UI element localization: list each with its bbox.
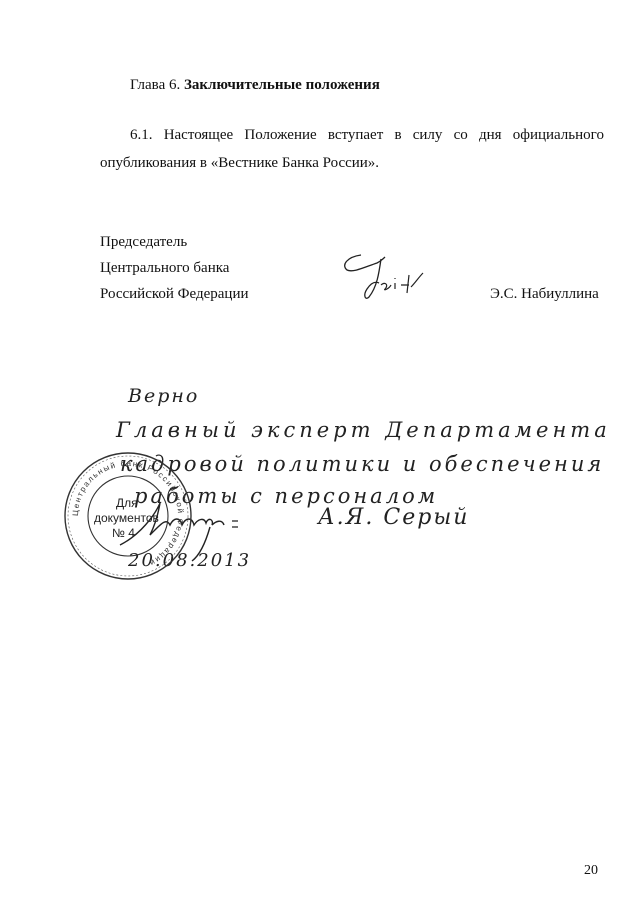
clause-word: Положение (244, 127, 316, 144)
clause-word: в (394, 127, 401, 144)
chapter-title: Заключительные положения (184, 77, 380, 93)
clause-word: 6.1. (130, 127, 153, 144)
signatory-position-2: Центрального банка (100, 259, 229, 277)
certification-signer: А.Я. Серый (318, 505, 469, 530)
clause-line-1: 6.1. Настоящее Положение вступает в силу… (130, 127, 604, 144)
certification-verified: Верно (128, 385, 199, 407)
signature-icon (335, 245, 435, 305)
signatory-position-3: Российской Федерации (100, 285, 249, 303)
clause-word: силу (413, 127, 443, 144)
stamp-label-2: документов (94, 511, 159, 525)
clause-word: вступает (328, 127, 383, 144)
stamp: Центральный банк Российской Федерации Дл… (62, 450, 194, 582)
certification-position-1: Главный эксперт Департамента (116, 418, 611, 442)
clause-word: со (454, 127, 468, 144)
clause-word: дня (479, 127, 502, 144)
clause-line-2: опубликования в «Вестнике Банка России». (100, 154, 379, 172)
page-number: 20 (584, 862, 598, 880)
clause-word: Настоящее (164, 127, 234, 144)
signatory-position-1: Председатель (100, 233, 187, 251)
chapter-heading: Глава 6. Заключительные положения (130, 76, 380, 94)
stamp-label-1: Для (116, 496, 138, 510)
chapter-prefix: Глава 6. (130, 77, 180, 93)
stamp-label-3: № 4 (112, 526, 135, 540)
clause-word: официального (513, 127, 604, 144)
signatory-name: Э.С. Набиуллина (490, 285, 599, 303)
